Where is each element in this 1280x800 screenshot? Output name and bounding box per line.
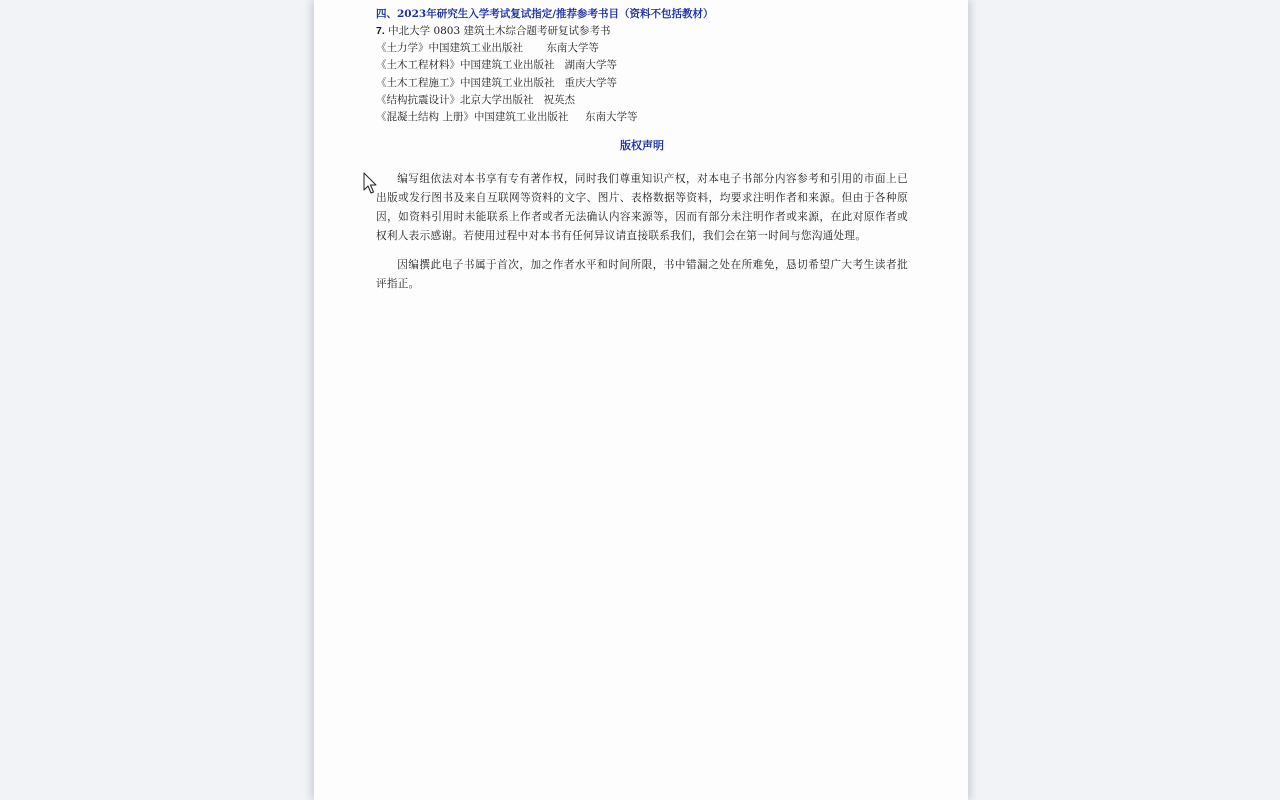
document-viewer[interactable]: 四、2023年研究生入学考试复试指定/推荐参考书目（资料不包括教材） 7. 中北… bbox=[0, 0, 1280, 800]
item-title: 中北大学 0803 建筑土木综合题考研复试参考书 bbox=[385, 25, 611, 37]
item-number: 7. bbox=[376, 25, 385, 37]
book-entry: 《土木工程施工》中国建筑工业出版社 重庆大学等 bbox=[376, 75, 908, 92]
item-title-line: 7. 中北大学 0803 建筑土木综合题考研复试参考书 bbox=[376, 23, 908, 40]
book-entry: 《混凝土结构 上册》中国建筑工业出版社 东南大学等 bbox=[376, 109, 908, 126]
book-entry: 《土力学》中国建筑工业出版社 东南大学等 bbox=[376, 40, 908, 57]
book-entry: 《土木工程材料》中国建筑工业出版社 湖南大学等 bbox=[376, 57, 908, 74]
copyright-paragraph: 编写组依法对本书享有专有著作权，同时我们尊重知识产权，对本电子书部分内容参考和引… bbox=[376, 170, 908, 245]
page-content: 四、2023年研究生入学考试复试指定/推荐参考书目（资料不包括教材） 7. 中北… bbox=[376, 6, 908, 304]
section-heading: 四、2023年研究生入学考试复试指定/推荐参考书目（资料不包括教材） bbox=[376, 6, 908, 23]
arrow-pointer-icon bbox=[363, 172, 379, 196]
copyright-paragraph: 因编撰此电子书属于首次，加之作者水平和时间所限，书中错漏之处在所难免，恳切希望广… bbox=[376, 256, 908, 294]
document-page: 四、2023年研究生入学考试复试指定/推荐参考书目（资料不包括教材） 7. 中北… bbox=[314, 0, 968, 800]
book-entry: 《结构抗震设计》北京大学出版社 祝英杰 bbox=[376, 92, 908, 109]
copyright-title: 版权声明 bbox=[376, 136, 908, 156]
